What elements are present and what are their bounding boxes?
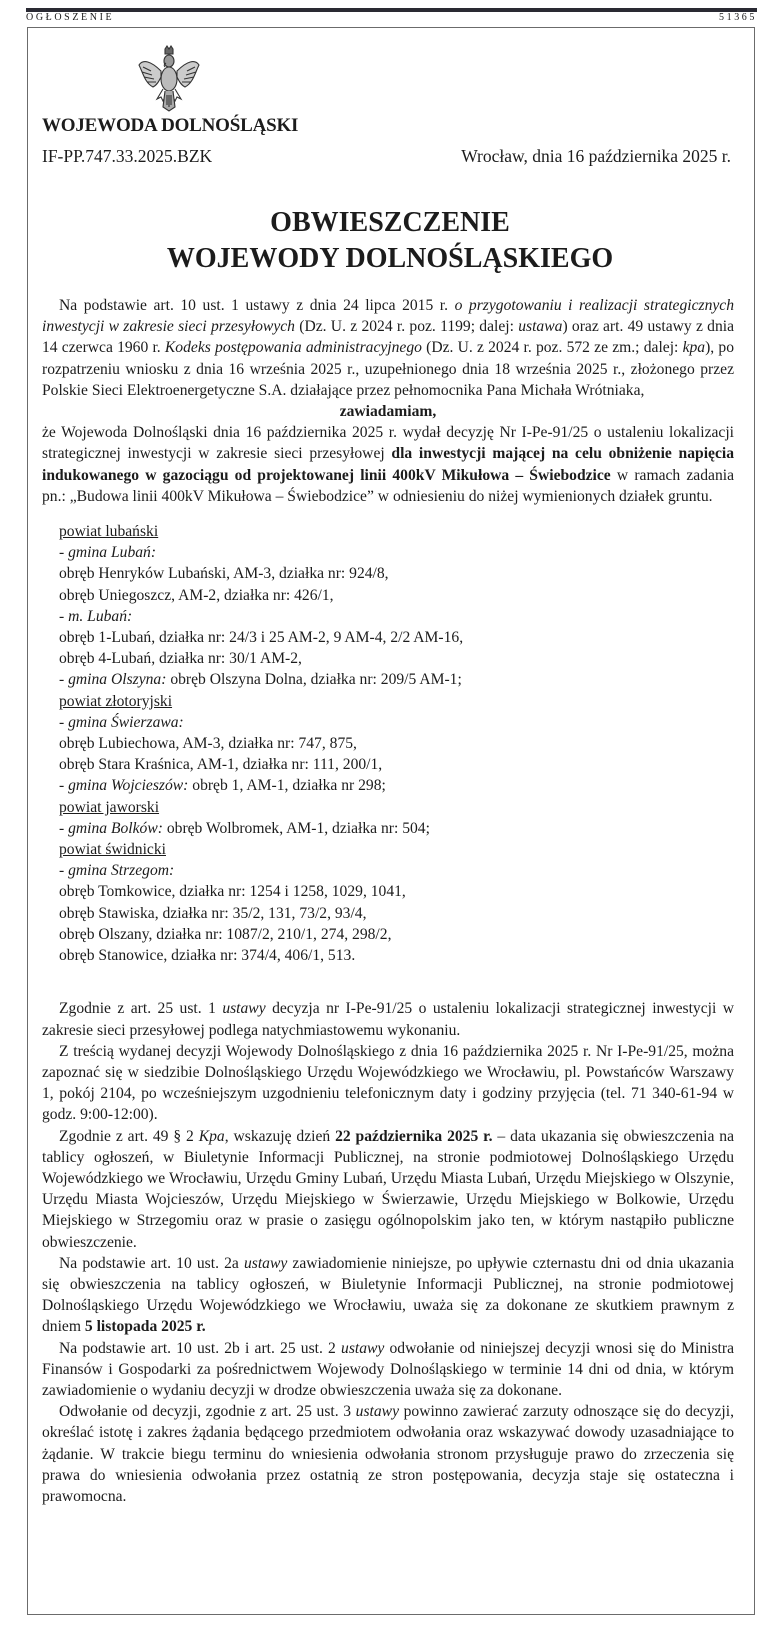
parcel-entry: obręb Uniegoszcz, AM-2, działka nr: 426/… — [59, 585, 734, 606]
decision-paragraph: że Wojewoda Dolnośląski dnia 16 paździer… — [42, 422, 734, 507]
parcel-entry: obręb Stara Kraśnica, AM-1, działka nr: … — [59, 754, 734, 775]
parcel-entry: obręb 4-Lubań, działka nr: 30/1 AM-2, — [59, 648, 734, 669]
district-heading: powiat lubański — [59, 521, 734, 542]
intro-paragraph: Na podstawie art. 10 ust. 1 ustawy z dni… — [42, 295, 734, 401]
closing-paragraph: Na podstawie art. 10 ust. 2a ustawy zawi… — [42, 1253, 734, 1338]
parcel-entry: - gmina Wojcieszów: obręb 1, AM-1, dział… — [59, 775, 734, 796]
closing-paragraph: Zgodnie z art. 25 ust. 1 ustawy decyzja … — [42, 998, 734, 1040]
district-heading: powiat złotoryjski — [59, 691, 734, 712]
district-heading: powiat świdnicki — [59, 839, 734, 860]
issuing-authority: WOJEWODA DOLNOŚLĄSKI — [42, 115, 298, 137]
closing-paragraph: Odwołanie od decyzji, zgodnie z art. 25 … — [42, 1401, 734, 1507]
document-title: OBWIESZCZENIE WOJEWODY DOLNOŚLĄSKIEGO — [30, 205, 750, 277]
closing-paragraph: Na podstawie art. 10 ust. 2b i art. 25 u… — [42, 1338, 734, 1402]
place-and-date: Wrocław, dnia 16 października 2025 r. — [461, 146, 731, 167]
parcel-entry: obręb Stanowice, działka nr: 374/4, 406/… — [59, 945, 734, 966]
parcel-entry: obręb 1-Lubań, działka nr: 24/3 i 25 AM-… — [59, 627, 734, 648]
parcel-entry: - gmina Lubań: — [59, 542, 734, 563]
parcel-entry: obręb Henryków Lubański, AM-3, działka n… — [59, 563, 734, 584]
page-number: 51365 — [719, 12, 757, 26]
title-line-2: WOJEWODY DOLNOŚLĄSKIEGO — [30, 241, 750, 277]
title-line-1: OBWIESZCZENIE — [30, 205, 750, 241]
district-heading: powiat jaworski — [59, 797, 734, 818]
parcel-list: powiat lubański- gmina Lubań:obręb Henry… — [42, 521, 734, 966]
section-label: OGŁOSZENIE — [26, 12, 114, 26]
closing-paragraphs: Zgodnie z art. 25 ust. 1 ustawy decyzja … — [42, 998, 734, 1507]
parcel-entry: - gmina Strzegom: — [59, 860, 734, 881]
parcel-entry: obręb Tomkowice, działka nr: 1254 i 1258… — [59, 881, 734, 902]
parcel-entry: obręb Olszany, działka nr: 1087/2, 210/1… — [59, 924, 734, 945]
case-signature: IF-PP.747.33.2025.BZK — [42, 146, 212, 167]
parcel-entry: - gmina Bolków: obręb Wolbromek, AM-1, d… — [59, 818, 734, 839]
polish-eagle-emblem-icon — [137, 45, 201, 113]
running-header: OGŁOSZENIE 51365 — [26, 12, 757, 26]
announce-word: zawiadamiam, — [42, 401, 734, 422]
parcel-entry: obręb Stawiska, działka nr: 35/2, 131, 7… — [59, 903, 734, 924]
closing-paragraph: Z treścią wydanej decyzji Wojewody Dolno… — [42, 1041, 734, 1126]
parcel-entry: - m. Lubań: — [59, 606, 734, 627]
parcel-entry: obręb Lubiechowa, AM-3, działka nr: 747,… — [59, 733, 734, 754]
notice-body: Na podstawie art. 10 ust. 1 ustawy z dni… — [42, 295, 734, 1507]
closing-paragraph: Zgodnie z art. 49 § 2 Kpa, wskazuję dzie… — [42, 1126, 734, 1253]
parcel-entry: - gmina Olszyna: obręb Olszyna Dolna, dz… — [59, 669, 734, 690]
parcel-entry: - gmina Świerzawa: — [59, 712, 734, 733]
